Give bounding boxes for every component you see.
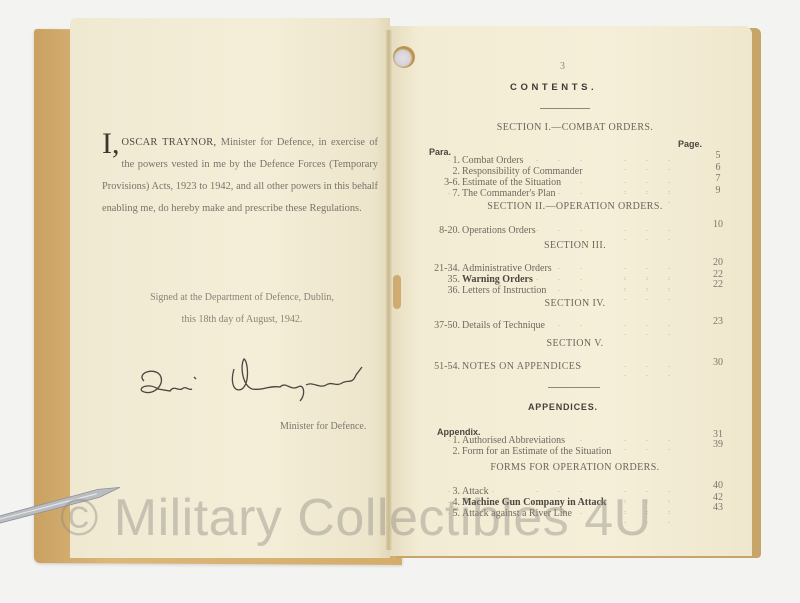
signed-line-2: this 18th day of August, 1942. <box>104 309 380 331</box>
binding-hole <box>393 46 415 68</box>
signed-statement: Signed at the Department of Defence, Dub… <box>104 287 380 331</box>
book-gutter <box>386 30 392 550</box>
divider <box>548 387 600 388</box>
toc-row[interactable]: 8-20. Operations Orders ... ... ... ... … <box>400 225 730 238</box>
watermark: © Military Collectibles 4U <box>60 488 800 548</box>
toc-row[interactable]: 51-54. NOTES ON APPENDICES ... ... ... .… <box>400 361 730 374</box>
toc-row[interactable]: 7. The Commander's Plan ... ... ... ... … <box>400 188 730 201</box>
divider <box>540 108 590 109</box>
section-4-heading: SECTION IV. <box>395 298 755 309</box>
forms-heading: FORMS FOR OPERATION ORDERS. <box>395 462 755 473</box>
section-5-heading: SECTION V. <box>395 338 755 349</box>
minister-name: OSCAR TRAYNOR, <box>122 137 217 148</box>
section-2-heading: SECTION II.—OPERATION ORDERS. <box>395 201 755 212</box>
drop-initial: I, <box>102 130 120 158</box>
proclamation-text: I, OSCAR TRAYNOR, Minister for Defence, … <box>102 132 378 220</box>
signed-line-1: Signed at the Department of Defence, Dub… <box>104 287 380 309</box>
signatory-title: Minister for Defence. <box>280 421 366 432</box>
proclamation-body: Minister for Defence, in exercise of the… <box>102 137 378 214</box>
signature-icon <box>130 355 380 410</box>
section-3-heading: SECTION III. <box>395 240 755 251</box>
toc-row[interactable]: 37-50. Details of Technique ... ... ... … <box>400 320 730 333</box>
appendix-row[interactable]: 2. Form for an Estimate of the Situation… <box>400 446 730 459</box>
section-1-heading: SECTION I.—COMBAT ORDERS. <box>395 122 755 133</box>
toc-row[interactable]: 36. Letters of Instruction ... ... ... .… <box>400 285 730 298</box>
page-number: 3 <box>560 61 565 72</box>
contents-title: CONTENTS. <box>510 82 597 93</box>
page-label: Page. <box>678 139 702 149</box>
appendices-title: APPENDICES. <box>528 402 598 412</box>
